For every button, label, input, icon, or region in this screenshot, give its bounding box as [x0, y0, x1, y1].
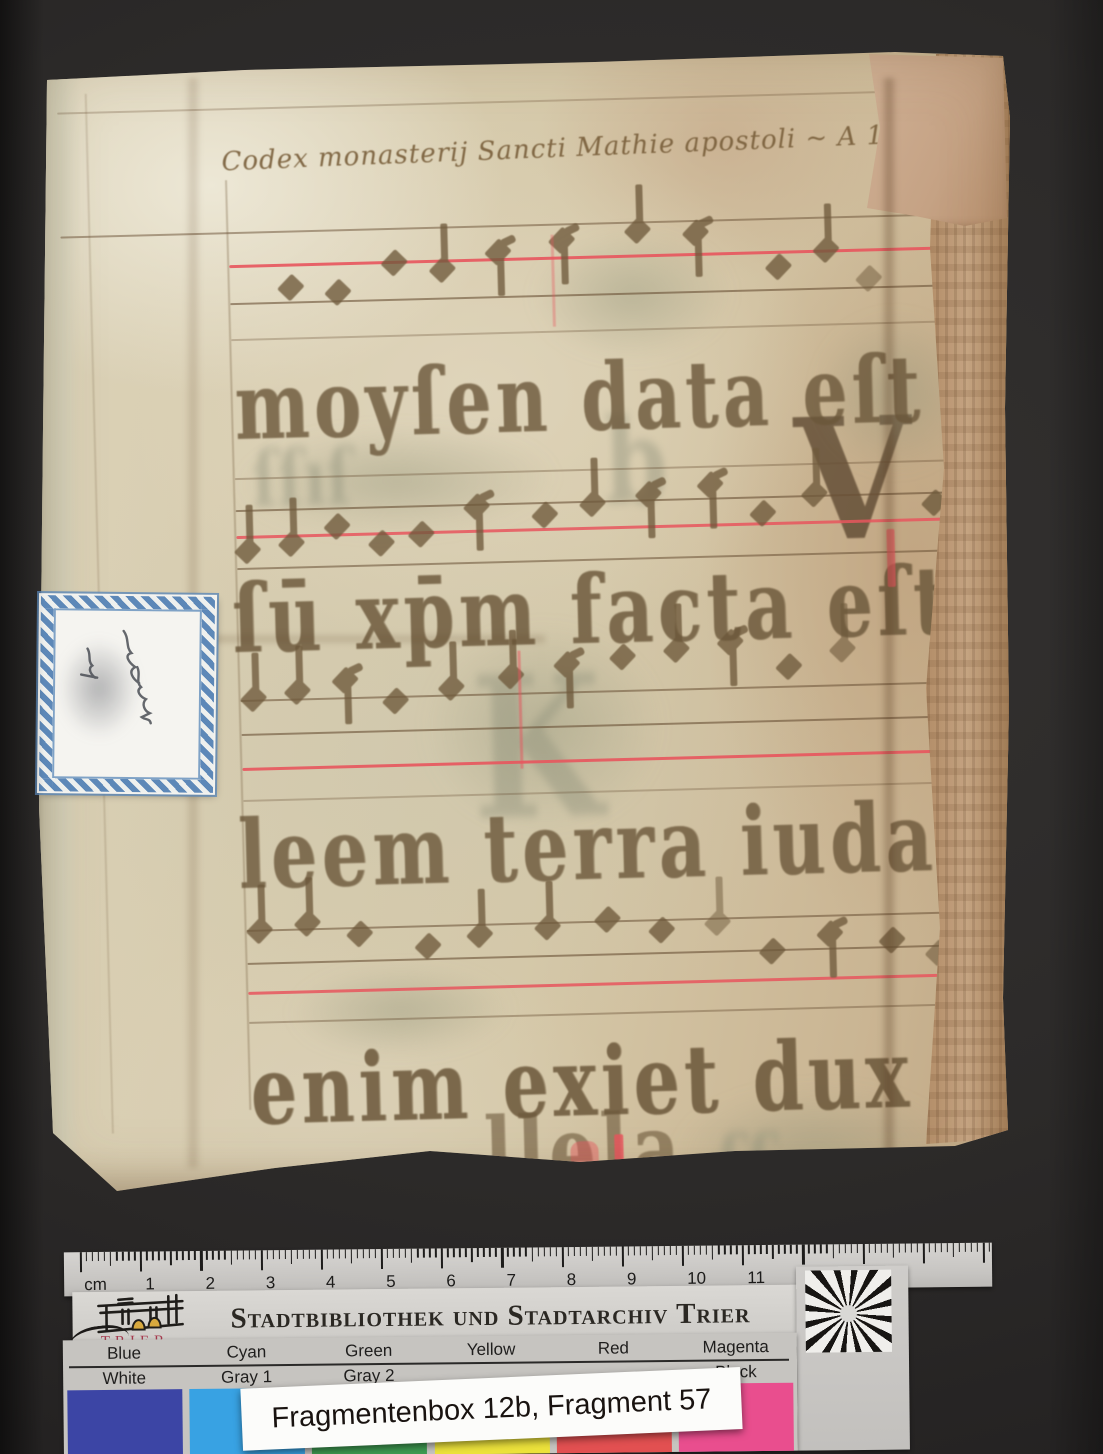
ruler-tick-mm — [706, 1246, 707, 1255]
ruler-tick-mm — [477, 1248, 478, 1257]
ruler-tick-mm — [465, 1248, 466, 1257]
ruler-tick-mm — [880, 1244, 881, 1253]
ruler-tick-mm — [796, 1245, 797, 1254]
ruler-tick-mm — [676, 1246, 677, 1255]
ruler-tick-mm — [471, 1248, 473, 1262]
ruler-tick-mm — [537, 1247, 538, 1256]
ruler-tick-mm — [495, 1248, 496, 1257]
ruler-tick-mm — [176, 1251, 177, 1260]
ruler-tick-mm — [110, 1252, 112, 1266]
ruler-tick-cm — [140, 1252, 142, 1272]
ruler-tick-mm — [754, 1245, 755, 1254]
stamp-handwriting-marks — [52, 608, 173, 749]
ruler-tick-mm — [634, 1246, 635, 1255]
ruler-tick-mm — [965, 1243, 966, 1252]
ruler-tick-mm — [303, 1250, 304, 1259]
ruler-tick-cm — [80, 1252, 82, 1272]
ruler-tick-mm — [152, 1251, 153, 1260]
ruler-tick-mm — [772, 1245, 774, 1259]
ruler-tick-mm — [284, 1250, 285, 1259]
ruler-tick-mm — [297, 1250, 298, 1259]
color-label-red: Red — [552, 1338, 675, 1359]
ruler-tick-mm — [652, 1246, 654, 1260]
ruler-tick-mm — [850, 1244, 851, 1253]
ruler-tick-mm — [447, 1248, 448, 1257]
ruler-tick-mm — [712, 1246, 714, 1260]
ruler-tick-mm — [224, 1251, 225, 1260]
ruler-tick-mm — [309, 1250, 310, 1259]
color-label-blue: Blue — [63, 1343, 186, 1364]
ruler-tick-mm — [278, 1250, 279, 1259]
ruler-tick-mm — [134, 1252, 135, 1261]
ruler-tick-mm — [664, 1246, 665, 1255]
ruler-tick-mm — [640, 1246, 641, 1255]
color-label-yellow: Yellow — [430, 1339, 553, 1360]
ruler-tick-mm — [333, 1250, 334, 1259]
ruler-tick-cm — [260, 1250, 262, 1270]
gray-label-white: White — [63, 1368, 186, 1389]
red-ink-mark — [965, 1144, 1007, 1154]
ruler-tick-mm — [423, 1249, 424, 1258]
ruler-tick-cm — [501, 1248, 503, 1268]
ruler-tick-mm — [579, 1247, 580, 1256]
ruler-tick-mm — [116, 1252, 117, 1261]
ruler-tick-mm — [146, 1251, 147, 1260]
ruler-tick-mm — [748, 1245, 749, 1254]
color-label-magenta: Magenta — [674, 1337, 797, 1358]
ruler-tick-mm — [736, 1245, 737, 1254]
ruler-tick-mm — [345, 1249, 346, 1258]
measurement-kit: cm 12345678910111213 TRIER Stadtbiblioth… — [58, 1238, 1010, 1454]
ruler-tick-mm — [832, 1244, 834, 1258]
ruler-tick-mm — [989, 1243, 990, 1252]
ruler-tick-mm — [892, 1244, 894, 1258]
ruler-tick-mm — [188, 1251, 189, 1260]
ruler-tick-mm — [808, 1245, 809, 1254]
ruler-tick-mm — [206, 1251, 207, 1260]
ruler-tick-cm — [742, 1245, 744, 1265]
ruler-tick-mm — [856, 1244, 857, 1253]
ruler-tick-mm — [959, 1243, 960, 1252]
ruler-tick-mm — [128, 1252, 129, 1261]
ruler-tick-mm — [610, 1247, 611, 1256]
ruler-tick-mm — [941, 1243, 942, 1252]
ruler-tick-mm — [688, 1246, 689, 1255]
ruler-tick-mm — [604, 1247, 605, 1256]
ruler-tick-mm — [947, 1243, 948, 1252]
ruler-tick-mm — [399, 1249, 400, 1258]
ruler-tick-mm — [694, 1246, 695, 1255]
ruler-tick-cm — [200, 1251, 202, 1271]
ruler-tick-mm — [911, 1243, 912, 1252]
ruler-tick-mm — [375, 1249, 376, 1258]
ruler-tick-mm — [591, 1247, 593, 1261]
ruler-tick-mm — [760, 1245, 761, 1254]
ruler-tick-mm — [387, 1249, 388, 1258]
ruler-tick-mm — [393, 1249, 394, 1258]
photo-background: Codex monasterij Sancti Mathie apostoli … — [0, 0, 1103, 1454]
ruler-tick-mm — [459, 1248, 460, 1257]
ruler-tick-mm — [86, 1252, 87, 1261]
ruler-tick-mm — [820, 1244, 821, 1253]
color-label-cyan: Cyan — [185, 1342, 308, 1363]
ruler-tick-mm — [844, 1244, 845, 1253]
ruler-tick-mm — [369, 1249, 370, 1258]
ruler-tick-mm — [658, 1246, 659, 1255]
ruler-tick-mm — [899, 1244, 900, 1253]
gray-label-gray-1: Gray 1 — [185, 1367, 308, 1388]
ruler-tick-mm — [182, 1251, 183, 1260]
ruler-tick-cm — [862, 1244, 864, 1264]
ruler-tick-mm — [670, 1246, 671, 1255]
ruler-tick-mm — [357, 1249, 358, 1258]
ruler-tick-mm — [718, 1245, 719, 1254]
ruler-tick-mm — [417, 1249, 418, 1258]
ruler-tick-mm — [826, 1244, 827, 1253]
ruler-tick-mm — [92, 1252, 93, 1261]
color-patch-blue — [67, 1389, 183, 1454]
ruler-tick-mm — [507, 1248, 508, 1257]
color-label-green: Green — [307, 1341, 430, 1362]
ruler-tick-mm — [730, 1245, 731, 1254]
ruler-tick-cm — [682, 1246, 684, 1266]
ruler-tick-mm — [905, 1244, 906, 1253]
ruler-tick-mm — [874, 1244, 875, 1253]
ruler-tick-mm — [953, 1243, 955, 1257]
ruler-tick-cm — [923, 1243, 925, 1263]
ruler-tick-cm — [802, 1245, 804, 1265]
ruler-tick-mm — [164, 1251, 165, 1260]
ruler-tick-mm — [784, 1245, 785, 1254]
ruler-tick-mm — [291, 1250, 293, 1264]
ruler-tick-mm — [838, 1244, 839, 1253]
ruler-tick-mm — [585, 1247, 586, 1256]
ruler-tick-mm — [977, 1243, 978, 1252]
ruler-tick-mm — [628, 1246, 629, 1255]
ruler-tick-cm — [441, 1248, 443, 1268]
ruler-tick-mm — [315, 1250, 316, 1259]
ruler-tick-mm — [363, 1249, 364, 1258]
ruler-tick-mm — [266, 1250, 267, 1259]
ruler-tick-mm — [435, 1248, 436, 1257]
ruler-tick-mm — [170, 1251, 172, 1265]
ruler-tick-mm — [549, 1247, 550, 1256]
ruler-tick-mm — [327, 1250, 328, 1259]
ruler-tick-mm — [513, 1248, 514, 1257]
ruler-tick-mm — [766, 1245, 767, 1254]
ruler-tick-mm — [616, 1247, 617, 1256]
ruler-tick-mm — [429, 1249, 430, 1258]
ruler-tick-mm — [122, 1252, 123, 1261]
fragment-label-text: Fragmentenbox 12b, Fragment 57 — [271, 1383, 712, 1435]
ruler-tick-mm — [158, 1251, 159, 1260]
ruler-tick-mm — [778, 1245, 779, 1254]
ruler-tick-mm — [212, 1251, 213, 1260]
ruler-tick-mm — [700, 1246, 701, 1255]
ruler-tick-cm — [561, 1247, 563, 1267]
ruler-tick-mm — [242, 1250, 243, 1259]
ruler-tick-mm — [254, 1250, 255, 1259]
ruler-tick-mm — [598, 1247, 599, 1256]
ruler-tick-mm — [567, 1247, 568, 1256]
ruler-tick-cm — [381, 1249, 383, 1269]
ruler-tick-mm — [98, 1252, 99, 1261]
ruler-tick-mm — [555, 1247, 556, 1256]
ruler-tick-mm — [543, 1247, 544, 1256]
ruler-tick-cm — [983, 1243, 985, 1263]
ruler-tick-mm — [531, 1247, 533, 1261]
ruler-tick-mm — [218, 1251, 219, 1260]
ruler-tick-mm — [929, 1243, 930, 1252]
ruler-tick-mm — [971, 1243, 972, 1252]
ruler-tick-mm — [489, 1248, 490, 1257]
ruler-tick-mm — [519, 1248, 520, 1257]
ruler-tick-mm — [886, 1244, 887, 1253]
ruler-tick-mm — [248, 1250, 249, 1259]
ruler-tick-mm — [272, 1250, 273, 1259]
ruler-tick-mm — [405, 1249, 406, 1258]
ruler-tick-mm — [868, 1244, 869, 1253]
ruler-tick-mm — [646, 1246, 647, 1255]
ruler-tick-mm — [351, 1249, 353, 1263]
ruler-tick-mm — [194, 1251, 195, 1260]
ruler-tick-mm — [573, 1247, 574, 1256]
ruler-tick-mm — [790, 1245, 791, 1254]
siemens-star-target — [805, 1270, 892, 1353]
ruler-tick-cm — [622, 1246, 624, 1266]
ruler-tick-cm — [321, 1250, 323, 1270]
ruler-tick-mm — [525, 1248, 526, 1257]
ruler-tick-mm — [935, 1243, 936, 1252]
ruler-tick-mm — [724, 1245, 725, 1254]
archive-stamp — [39, 595, 215, 793]
ruler-tick-mm — [483, 1248, 484, 1257]
ruler-tick-mm — [453, 1248, 454, 1257]
ruler-tick-mm — [236, 1251, 237, 1260]
institution-title: Stadtbibliothek und Stadtarchiv Trier — [190, 1297, 790, 1336]
ruler-tick-mm — [230, 1251, 232, 1265]
ruler-tick-mm — [411, 1249, 413, 1263]
ruler-tick-mm — [814, 1244, 815, 1253]
ruler-tick-mm — [917, 1243, 918, 1252]
ruler-tick-mm — [339, 1249, 340, 1258]
ruler-tick-mm — [104, 1252, 105, 1261]
